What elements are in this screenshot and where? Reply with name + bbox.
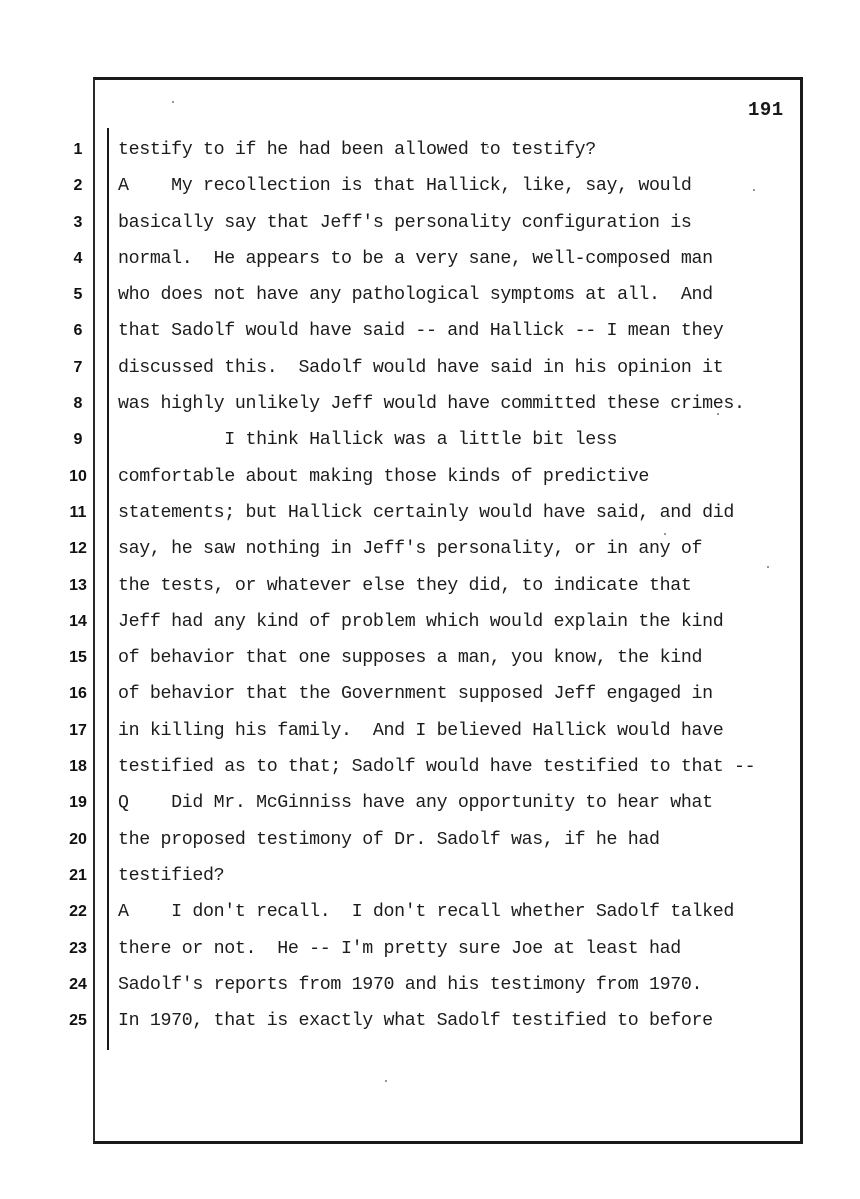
scan-speck xyxy=(487,146,489,148)
line-number: 3 xyxy=(60,205,96,241)
transcript-line: In 1970, that is exactly what Sadolf tes… xyxy=(118,1003,798,1039)
line-number: 10 xyxy=(60,459,96,495)
scan-speck xyxy=(172,101,174,103)
transcript-line: of behavior that one supposes a man, you… xyxy=(118,640,798,676)
transcript-line: was highly unlikely Jeff would have comm… xyxy=(118,386,798,422)
line-number: 20 xyxy=(60,822,96,858)
transcript-line: Sadolf's reports from 1970 and his testi… xyxy=(118,967,798,1003)
transcript-line: statements; but Hallick certainly would … xyxy=(118,495,798,531)
transcript-line: in killing his family. And I believed Ha… xyxy=(118,713,798,749)
line-number: 11 xyxy=(60,495,96,531)
transcript-line: Q Did Mr. McGinniss have any opportunity… xyxy=(118,785,798,821)
line-number: 23 xyxy=(60,931,96,967)
transcript-line: testify to if he had been allowed to tes… xyxy=(118,132,798,168)
line-number: 1 xyxy=(60,132,96,168)
line-number: 4 xyxy=(60,241,96,277)
transcript-line: the proposed testimony of Dr. Sadolf was… xyxy=(118,822,798,858)
line-number: 2 xyxy=(60,168,96,204)
transcript-line: who does not have any pathological sympt… xyxy=(118,277,798,313)
scan-speck xyxy=(664,533,666,535)
transcript-line: testified? xyxy=(118,858,798,894)
transcript-line: A My recollection is that Hallick, like,… xyxy=(118,168,798,204)
line-number: 18 xyxy=(60,749,96,785)
transcript-line: say, he saw nothing in Jeff's personalit… xyxy=(118,531,798,567)
line-number: 15 xyxy=(60,640,96,676)
line-number: 7 xyxy=(60,350,96,386)
transcript-body: testify to if he had been allowed to tes… xyxy=(118,132,798,1039)
scan-speck xyxy=(385,1080,387,1082)
line-number: 5 xyxy=(60,277,96,313)
transcript-line: discussed this. Sadolf would have said i… xyxy=(118,350,798,386)
line-number: 16 xyxy=(60,676,96,712)
line-number: 12 xyxy=(60,531,96,567)
line-number: 17 xyxy=(60,713,96,749)
line-number: 14 xyxy=(60,604,96,640)
line-number: 13 xyxy=(60,568,96,604)
transcript-line: there or not. He -- I'm pretty sure Joe … xyxy=(118,931,798,967)
line-number: 9 xyxy=(60,422,96,458)
scan-speck xyxy=(717,413,719,415)
line-number: 24 xyxy=(60,967,96,1003)
line-number-column: 1234567891011121314151617181920212223242… xyxy=(60,132,96,1039)
transcript-line: of behavior that the Government supposed… xyxy=(118,676,798,712)
line-number: 21 xyxy=(60,858,96,894)
line-number: 22 xyxy=(60,894,96,930)
line-number: 8 xyxy=(60,386,96,422)
transcript-line: A I don't recall. I don't recall whether… xyxy=(118,894,798,930)
line-number: 25 xyxy=(60,1003,96,1039)
transcript-line: basically say that Jeff's personality co… xyxy=(118,205,798,241)
transcript-line: that Sadolf would have said -- and Halli… xyxy=(118,313,798,349)
page-number: 191 xyxy=(748,99,784,121)
transcript-line: normal. He appears to be a very sane, we… xyxy=(118,241,798,277)
scan-speck xyxy=(753,189,755,191)
transcript-line: the tests, or whatever else they did, to… xyxy=(118,568,798,604)
line-number: 6 xyxy=(60,313,96,349)
scan-speck xyxy=(767,566,769,568)
line-number: 19 xyxy=(60,785,96,821)
transcript-line: testified as to that; Sadolf would have … xyxy=(118,749,798,785)
transcript-line: comfortable about making those kinds of … xyxy=(118,459,798,495)
transcript-line: I think Hallick was a little bit less xyxy=(118,422,798,458)
line-number-margin-rule xyxy=(107,128,109,1050)
transcript-line: Jeff had any kind of problem which would… xyxy=(118,604,798,640)
